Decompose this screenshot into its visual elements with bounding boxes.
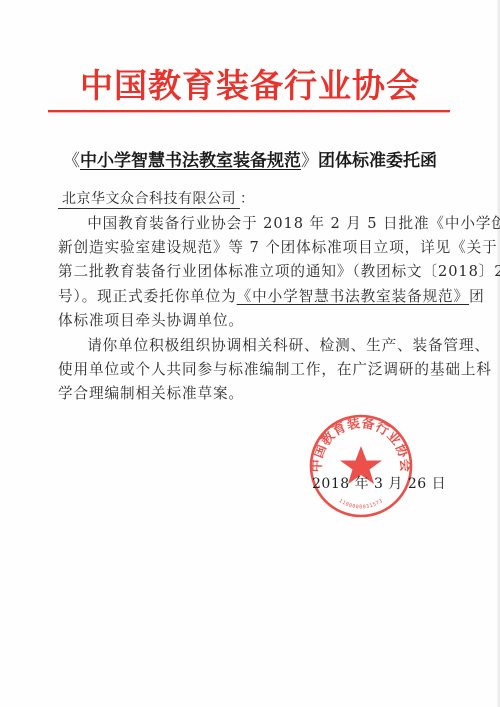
addressee-name: 北京华文众合科技有限公司 <box>58 190 240 209</box>
paragraph-1-line-3: 第二批教育装备行业团体标准立项的通知》（教团标文〔2018〕2 <box>58 260 442 284</box>
line-4-standard-name: 《中小学智慧书法教室装备规范》 <box>237 288 469 305</box>
title-standard-name: 中小学智慧书法教室装备规范 <box>80 151 301 171</box>
line-4-prefix: 号）。现正式委托你单位为 <box>58 288 237 305</box>
paragraph-2-line-2: 使用单位或个人共同参与标准编制工作，在广泛调研的基础上科 <box>58 358 442 382</box>
letterhead-red-rule <box>48 110 450 112</box>
paragraph-1-line-4: 号）。现正式委托你单位为《中小学智慧书法教室装备规范》团 <box>58 285 442 309</box>
paragraph-1-line-1: 中国教育装备行业协会于 2018 年 2 月 5 日批准《中小学创 <box>58 212 442 236</box>
document-title: 《中小学智慧书法教室装备规范》团体标准委托函 <box>0 149 500 173</box>
document-page: 中国教育装备行业协会 《中小学智慧书法教室装备规范》团体标准委托函 北京华文众合… <box>0 0 500 707</box>
paragraph-1: 中国教育装备行业协会于 2018 年 2 月 5 日批准《中小学创 新创造实验室… <box>58 212 442 333</box>
paragraph-2-line-3: 学合理编制相关标准草案。 <box>58 382 442 406</box>
paragraph-1-line-5: 体标准项目牵头协调单位。 <box>58 309 442 333</box>
paragraph-2-line-1: 请你单位积极组织协调相关科研、检测、生产、装备管理、 <box>58 334 442 358</box>
line-4-suffix: 团 <box>469 288 485 305</box>
seal-serial-number: 1100000031573 <box>338 498 385 510</box>
addressee: 北京华文众合科技有限公司： <box>58 188 255 210</box>
paragraph-2: 请你单位积极组织协调相关科研、检测、生产、装备管理、 使用单位或个人共同参与标准… <box>58 334 442 407</box>
letter-body: 中国教育装备行业协会于 2018 年 2 月 5 日批准《中小学创 新创造实验室… <box>58 212 442 407</box>
official-seal: 中国教育装备行业协会 1100000031573 <box>308 413 414 519</box>
addressee-colon: ： <box>240 191 255 207</box>
letterhead-title: 中国教育装备行业协会 <box>0 66 500 106</box>
signature-date: 2018 年 3 月 26 日 <box>312 475 446 493</box>
paragraph-1-line-2: 新创造实验室建设规范》等 7 个团体标准项目立项，详见《关于 <box>58 236 442 260</box>
seal-graphic: 中国教育装备行业协会 1100000031573 <box>308 413 414 519</box>
title-open-bracket: 《 <box>63 151 80 171</box>
title-suffix: 团体标准委托函 <box>318 151 437 171</box>
title-close-bracket: 》 <box>301 151 318 171</box>
